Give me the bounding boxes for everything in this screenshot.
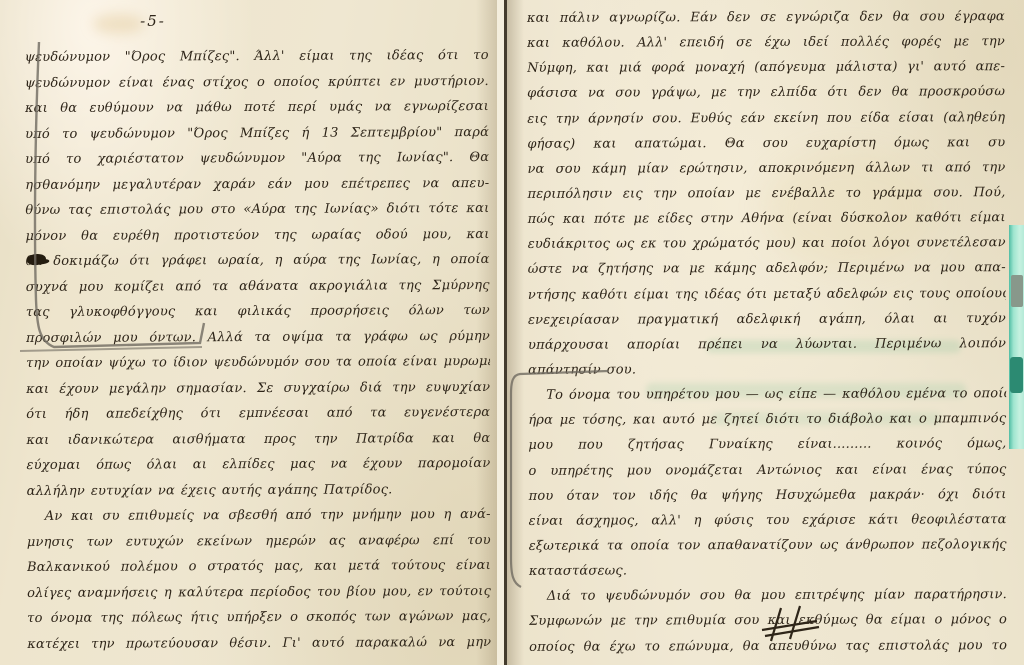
handwritten-line: τας γλυκοφθόγγους και φιλικάς προσρήσεις… bbox=[26, 298, 490, 326]
handwritten-line: μνησις των ευτυχών εκείνων ημερών ας ανα… bbox=[27, 527, 491, 555]
handwritten-line: ευδιάκριτος ως εκ του χρώματός μου) και … bbox=[528, 230, 1006, 257]
handwritten-line: θύνω τας επιστολάς μου στο «Αύρα της Ιων… bbox=[25, 196, 489, 224]
handwritten-line: μου που ζητήσας Γυναίκης είναι......... … bbox=[528, 432, 1006, 459]
handwritten-line: είναι άσχημος, αλλ' η φύσις του εχάρισε … bbox=[529, 507, 1007, 534]
handwritten-line: ολίγες αναμνήσεις η καλύτερα περίοδος το… bbox=[27, 578, 491, 606]
handwritten-line: υπό το χαριέστατον ψευδώνυμον "Αύρα της … bbox=[25, 145, 489, 173]
page-left: -5- ψευδώνυμον "Όρος Μπίζες". Άλλ' είμαι… bbox=[0, 0, 506, 665]
handwritten-line: Διά το ψευδώνυμόν σου θα μου επιτρέψης μ… bbox=[529, 582, 1007, 609]
gutter-shadow bbox=[507, 0, 524, 665]
handwritten-line: θα δοκιμάζω ότι γράφει ωραία, η αύρα της… bbox=[26, 247, 490, 275]
handwritten-line: ησθανόμην μεγαλυτέραν χαράν εάν μου επέτ… bbox=[25, 170, 489, 198]
handwritten-line: ενεχειρίασαν πραγματική αδελφική αγάπη, … bbox=[528, 306, 1006, 333]
handwritten-line: φήσας) και απατώμαι. Θα σου ευχαρίστη όμ… bbox=[527, 130, 1005, 157]
handwritten-line: ψευδώνυμον είναι ένας στίχος ο οποίος κρ… bbox=[25, 68, 489, 96]
handwritten-line: και ιδανικώτερα αισθήματα προς την Πατρί… bbox=[26, 425, 490, 453]
handwritten-line: Συμφωνών με την επιθυμία σου και εκθύμως… bbox=[529, 608, 1007, 635]
handwritten-line: κατέχει την πρωτεύουσαν θέσιν. Γι' αυτό … bbox=[27, 629, 491, 657]
handwritten-line: εύχομαι όπως όλαι αι ελπίδες μας να έχου… bbox=[26, 451, 490, 479]
handwritten-line: ψευδώνυμον "Όρος Μπίζες". Άλλ' είμαι της… bbox=[25, 43, 489, 71]
handwritten-line: πώς και πότε με είδες στην Αθήνα (είναι … bbox=[528, 205, 1006, 232]
handwritten-line: εις την άρνησίν σου. Ευθύς εάν εκείνη πο… bbox=[527, 105, 1005, 132]
handwritten-line: απάντησίν σου. bbox=[528, 356, 1006, 383]
handwritten-line: αλλήλην ευτυχίαν να έχεις αυτής αγάπης Π… bbox=[27, 476, 491, 504]
handwritten-line: εξωτερικά τα οποία τον απαθανατίζουν ως … bbox=[529, 532, 1007, 559]
handwritten-line: ντήσης καθότι είμαι της ιδέας ότι μεταξύ… bbox=[528, 281, 1006, 308]
handwritten-line: την οποίαν ψύχω το ίδιον ψευδώνυμόν σου … bbox=[26, 349, 490, 377]
handwritten-line: υπό το ψευδώνυμον "Όρος Μπίζες ή 13 Σεπτ… bbox=[25, 119, 489, 147]
handwritten-line: Το όνομα του υπηρέτου μου — ως είπε — κα… bbox=[528, 381, 1006, 408]
handwritten-line: συχνά μου κομίζει από τα αθάνατα ακρογιά… bbox=[26, 272, 490, 300]
handwritten-line: και θα ευθύμουν να μάθω ποτέ περί υμάς ν… bbox=[25, 94, 489, 122]
handwritten-line: και πάλιν αγνωρίζω. Εάν δεν σε εγνώριζα … bbox=[527, 4, 1005, 31]
handwritten-line: Αν και συ επιθυμείς να σβεσθή από την μν… bbox=[27, 502, 491, 530]
handwritten-line: που όταν τον ιδής θα ψήγης Ησυχώμεθα μακ… bbox=[529, 482, 1007, 509]
gutter-shadow bbox=[476, 0, 497, 665]
handwritten-line: ώστε να ζητήσης να με κάμης αδελφόν; Περ… bbox=[528, 256, 1006, 283]
handwritten-line: και έχουν μεγάλην σημασίαν. Σε συγχαίρω … bbox=[26, 374, 490, 402]
handwriting-left: ψευδώνυμον "Όρος Μπίζες". Άλλ' είμαι της… bbox=[25, 43, 492, 657]
handwritten-line: να σου κάμη μίαν ερώτησιν, αποκρινόμενη … bbox=[527, 155, 1005, 182]
handwritten-line: και καθόλου. Αλλ' επειδή σε έχω ιδεί πολ… bbox=[527, 29, 1005, 56]
handwritten-line: προσφιλών μου όντων. Αλλά τα οψίμα τα γρ… bbox=[26, 323, 490, 351]
handwritten-line: υπάρχουσαι απορίαι πρέπει να λύωνται. Πε… bbox=[528, 331, 1006, 358]
handwritten-line: καταστάσεως. bbox=[529, 557, 1007, 584]
handwritten-line: Βαλκανικού πολέμου ο στρατός μας, και με… bbox=[27, 553, 491, 581]
handwriting-right: και πάλιν αγνωρίζω. Εάν δεν σε εγνώριζα … bbox=[527, 4, 1007, 659]
handwritten-line: το όνομα της πόλεως ήτις υπήρξεν ο σκοπό… bbox=[27, 604, 491, 632]
handwritten-line: οποίος θα έχω το επώνυμα, θα απευθύνω τα… bbox=[529, 633, 1007, 660]
scanned-letter: -5- ψευδώνυμον "Όρος Μπίζες". Άλλ' είμαι… bbox=[0, 0, 1024, 665]
handwritten-line: ότι ήδη απεδείχθης ότι εμπνέεσαι από τα … bbox=[26, 400, 490, 428]
handwritten-line: περιπόλησιν εις την οποίαν με ενέβαλλε τ… bbox=[527, 180, 1005, 207]
handwritten-line: φάσισα να σου γράψω, με την ελπίδα ότι δ… bbox=[527, 80, 1005, 107]
teal-object-detail bbox=[1010, 357, 1023, 393]
teal-object-detail bbox=[1011, 275, 1023, 307]
teal-object-edge bbox=[1009, 225, 1024, 449]
handwritten-line: Νύμφη, και μιά φορά μοναχή (απόγευμα μάλ… bbox=[527, 54, 1005, 81]
handwritten-line: μόνον θα ευρέθη προτιστεύον της ωραίας ο… bbox=[25, 221, 489, 249]
handwritten-line: ήρα με τόσης, και αυτό με ζητεί διότι το… bbox=[528, 406, 1006, 433]
handwritten-line: ο υπηρέτης μου ονομάζεται Αντώνιος και ε… bbox=[528, 457, 1006, 484]
page-number: -5- bbox=[118, 12, 188, 30]
page-right: και πάλιν αγνωρίζω. Εάν δεν σε εγνώριζα … bbox=[506, 0, 1024, 665]
